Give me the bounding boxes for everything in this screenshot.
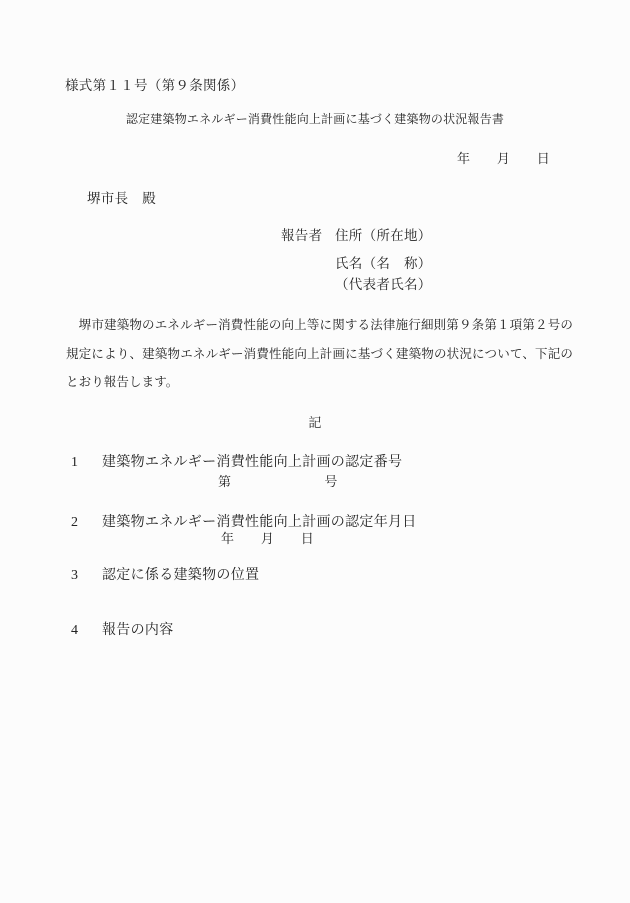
list-item-3-label: 認定に係る建築物の位置 — [102, 568, 259, 583]
list-item-2: 2建築物エネルギー消費性能向上計画の認定年月日 — [71, 514, 417, 532]
body-paragraph: 堺市建築物のエネルギー消費性能の向上等に関する法律施行細則第９条第１項第２号の規… — [66, 311, 573, 397]
record-heading: 記 — [0, 415, 630, 432]
list-item-4: 4報告の内容 — [71, 622, 174, 640]
list-item-4-number: 4 — [71, 622, 102, 640]
report-form-page: 様式第１１号（第９条関係） 認定建築物エネルギー消費性能向上計画に基づく建築物の… — [0, 0, 630, 903]
reporter-representative-label: （代表者氏名） — [335, 276, 432, 294]
list-item-1-detail: 第 号 — [218, 474, 338, 491]
list-item-1: 1建築物エネルギー消費性能向上計画の認定番号 — [71, 454, 402, 472]
list-item-2-detail: 年 月 日 — [221, 531, 314, 548]
list-item-2-label: 建築物エネルギー消費性能向上計画の認定年月日 — [102, 515, 417, 530]
addressee: 堺市長 殿 — [87, 190, 156, 208]
list-item-3-number: 3 — [71, 567, 102, 585]
list-item-2-number: 2 — [71, 514, 102, 532]
list-item-4-label: 報告の内容 — [102, 623, 174, 638]
list-item-3: 3認定に係る建築物の位置 — [71, 567, 259, 585]
reporter-address-label: 住所（所在地） — [335, 227, 432, 245]
report-date-line: 年 月 日 — [457, 151, 550, 168]
list-item-1-number: 1 — [71, 454, 102, 472]
page-title: 認定建築物エネルギー消費性能向上計画に基づく建築物の状況報告書 — [0, 112, 630, 128]
form-number: 様式第１１号（第９条関係） — [65, 77, 244, 95]
list-item-1-label: 建築物エネルギー消費性能向上計画の認定番号 — [102, 455, 402, 470]
reporter-name-label: 氏名（名 称） — [335, 255, 432, 273]
reporter-label: 報告者 — [281, 227, 322, 245]
